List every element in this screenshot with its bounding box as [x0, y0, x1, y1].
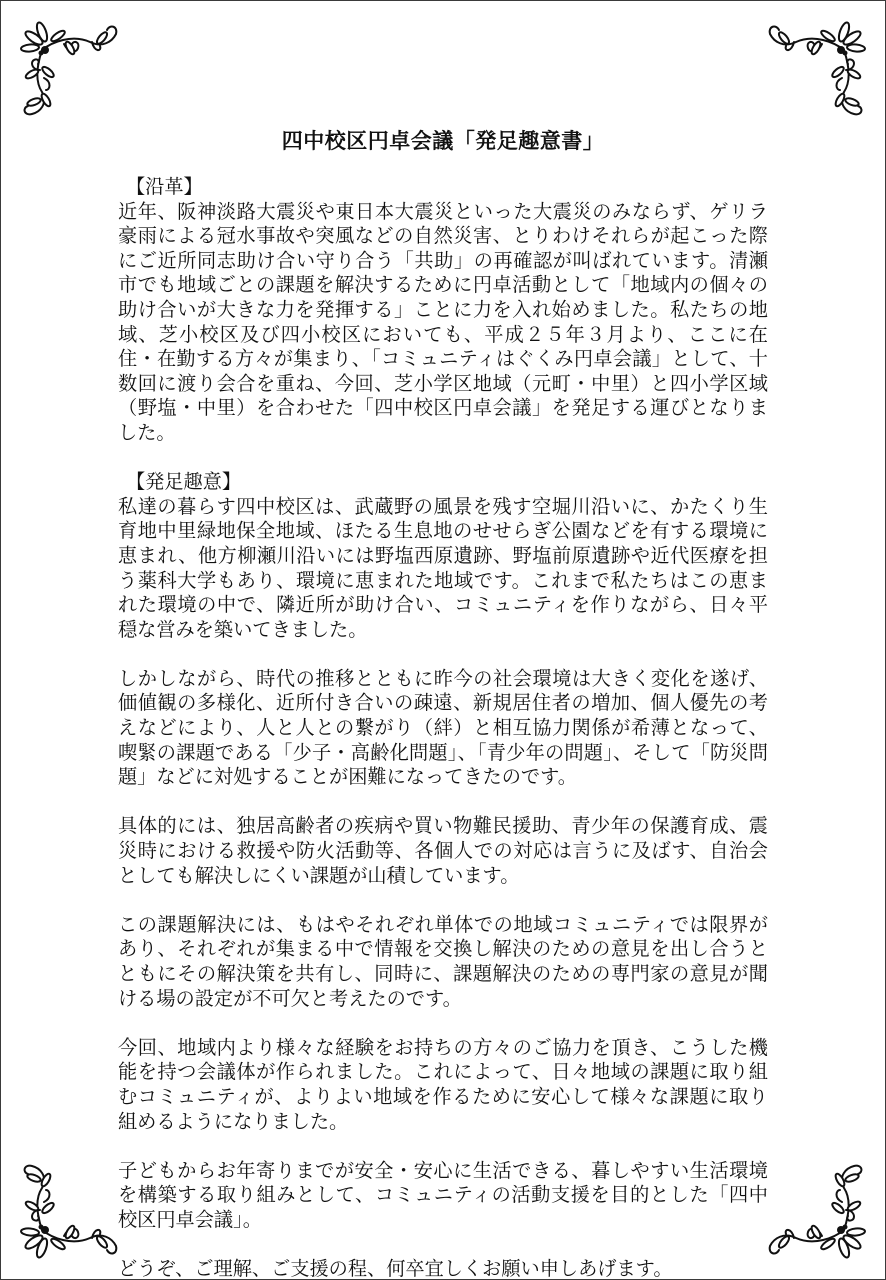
purpose-paragraph-5: 今回、地域内より様々な経験をお持ちの方々のご協力を頂き、こうした機能を持つ会議体… [118, 1036, 768, 1134]
purpose-paragraph-4: この課題解決には、もはやそれぞれ単体での地域コミュニティでは限界があり、それぞれ… [118, 913, 768, 1011]
purpose-paragraph-3: 具体的には、独居高齢者の疾病や買い物難民援助、青少年の保護育成、震災時における救… [118, 814, 768, 888]
paragraph-spacer [118, 888, 768, 913]
floral-corner-ornament-icon [764, 12, 874, 122]
document-body: 【沿革】 近年、阪神淡路大震災や東日本大震災といった大震災のみならず、ゲリラ豪雨… [118, 175, 768, 1280]
section-heading-history: 【沿革】 [118, 175, 768, 200]
floral-corner-ornament-icon [764, 1158, 874, 1268]
paragraph-spacer [118, 790, 768, 815]
paragraph-spacer [118, 1134, 768, 1159]
paragraph-spacer [118, 1011, 768, 1036]
purpose-paragraph-1: 私達の暮らす四中校区は、武蔵野の風景を残す空堀川沿いに、かたくり生育地中里緑地保… [118, 495, 768, 643]
paragraph-spacer [118, 446, 768, 471]
purpose-paragraph-6: 子どもからお年寄りまでが安全・安心に生活できる、暮しやすい生活環境を構築する取り… [118, 1159, 768, 1233]
history-paragraph: 近年、阪神淡路大震災や東日本大震災といった大震災のみならず、ゲリラ豪雨による冠水… [118, 200, 768, 446]
document-title: 四中校区円卓会議「発足趣意書」 [0, 125, 886, 155]
floral-corner-ornament-icon [12, 1158, 122, 1268]
floral-corner-ornament-icon [12, 12, 122, 122]
section-heading-purpose: 【発足趣意】 [118, 470, 768, 495]
section-history: 【沿革】 近年、阪神淡路大震災や東日本大震災といった大震災のみならず、ゲリラ豪雨… [118, 175, 768, 446]
paragraph-spacer [118, 642, 768, 667]
closing-paragraph: どうぞ、ご理解、ご支援の程、何卒宜しくお願い申しあげます。 [118, 1257, 768, 1280]
section-purpose: 【発足趣意】 私達の暮らす四中校区は、武蔵野の風景を残す空堀川沿いに、かたくり生… [118, 470, 768, 1280]
paragraph-spacer [118, 1233, 768, 1258]
purpose-paragraph-2: しかしながら、時代の推移とともに昨今の社会環境は大きく変化を遂げ、価値観の多様化… [118, 667, 768, 790]
